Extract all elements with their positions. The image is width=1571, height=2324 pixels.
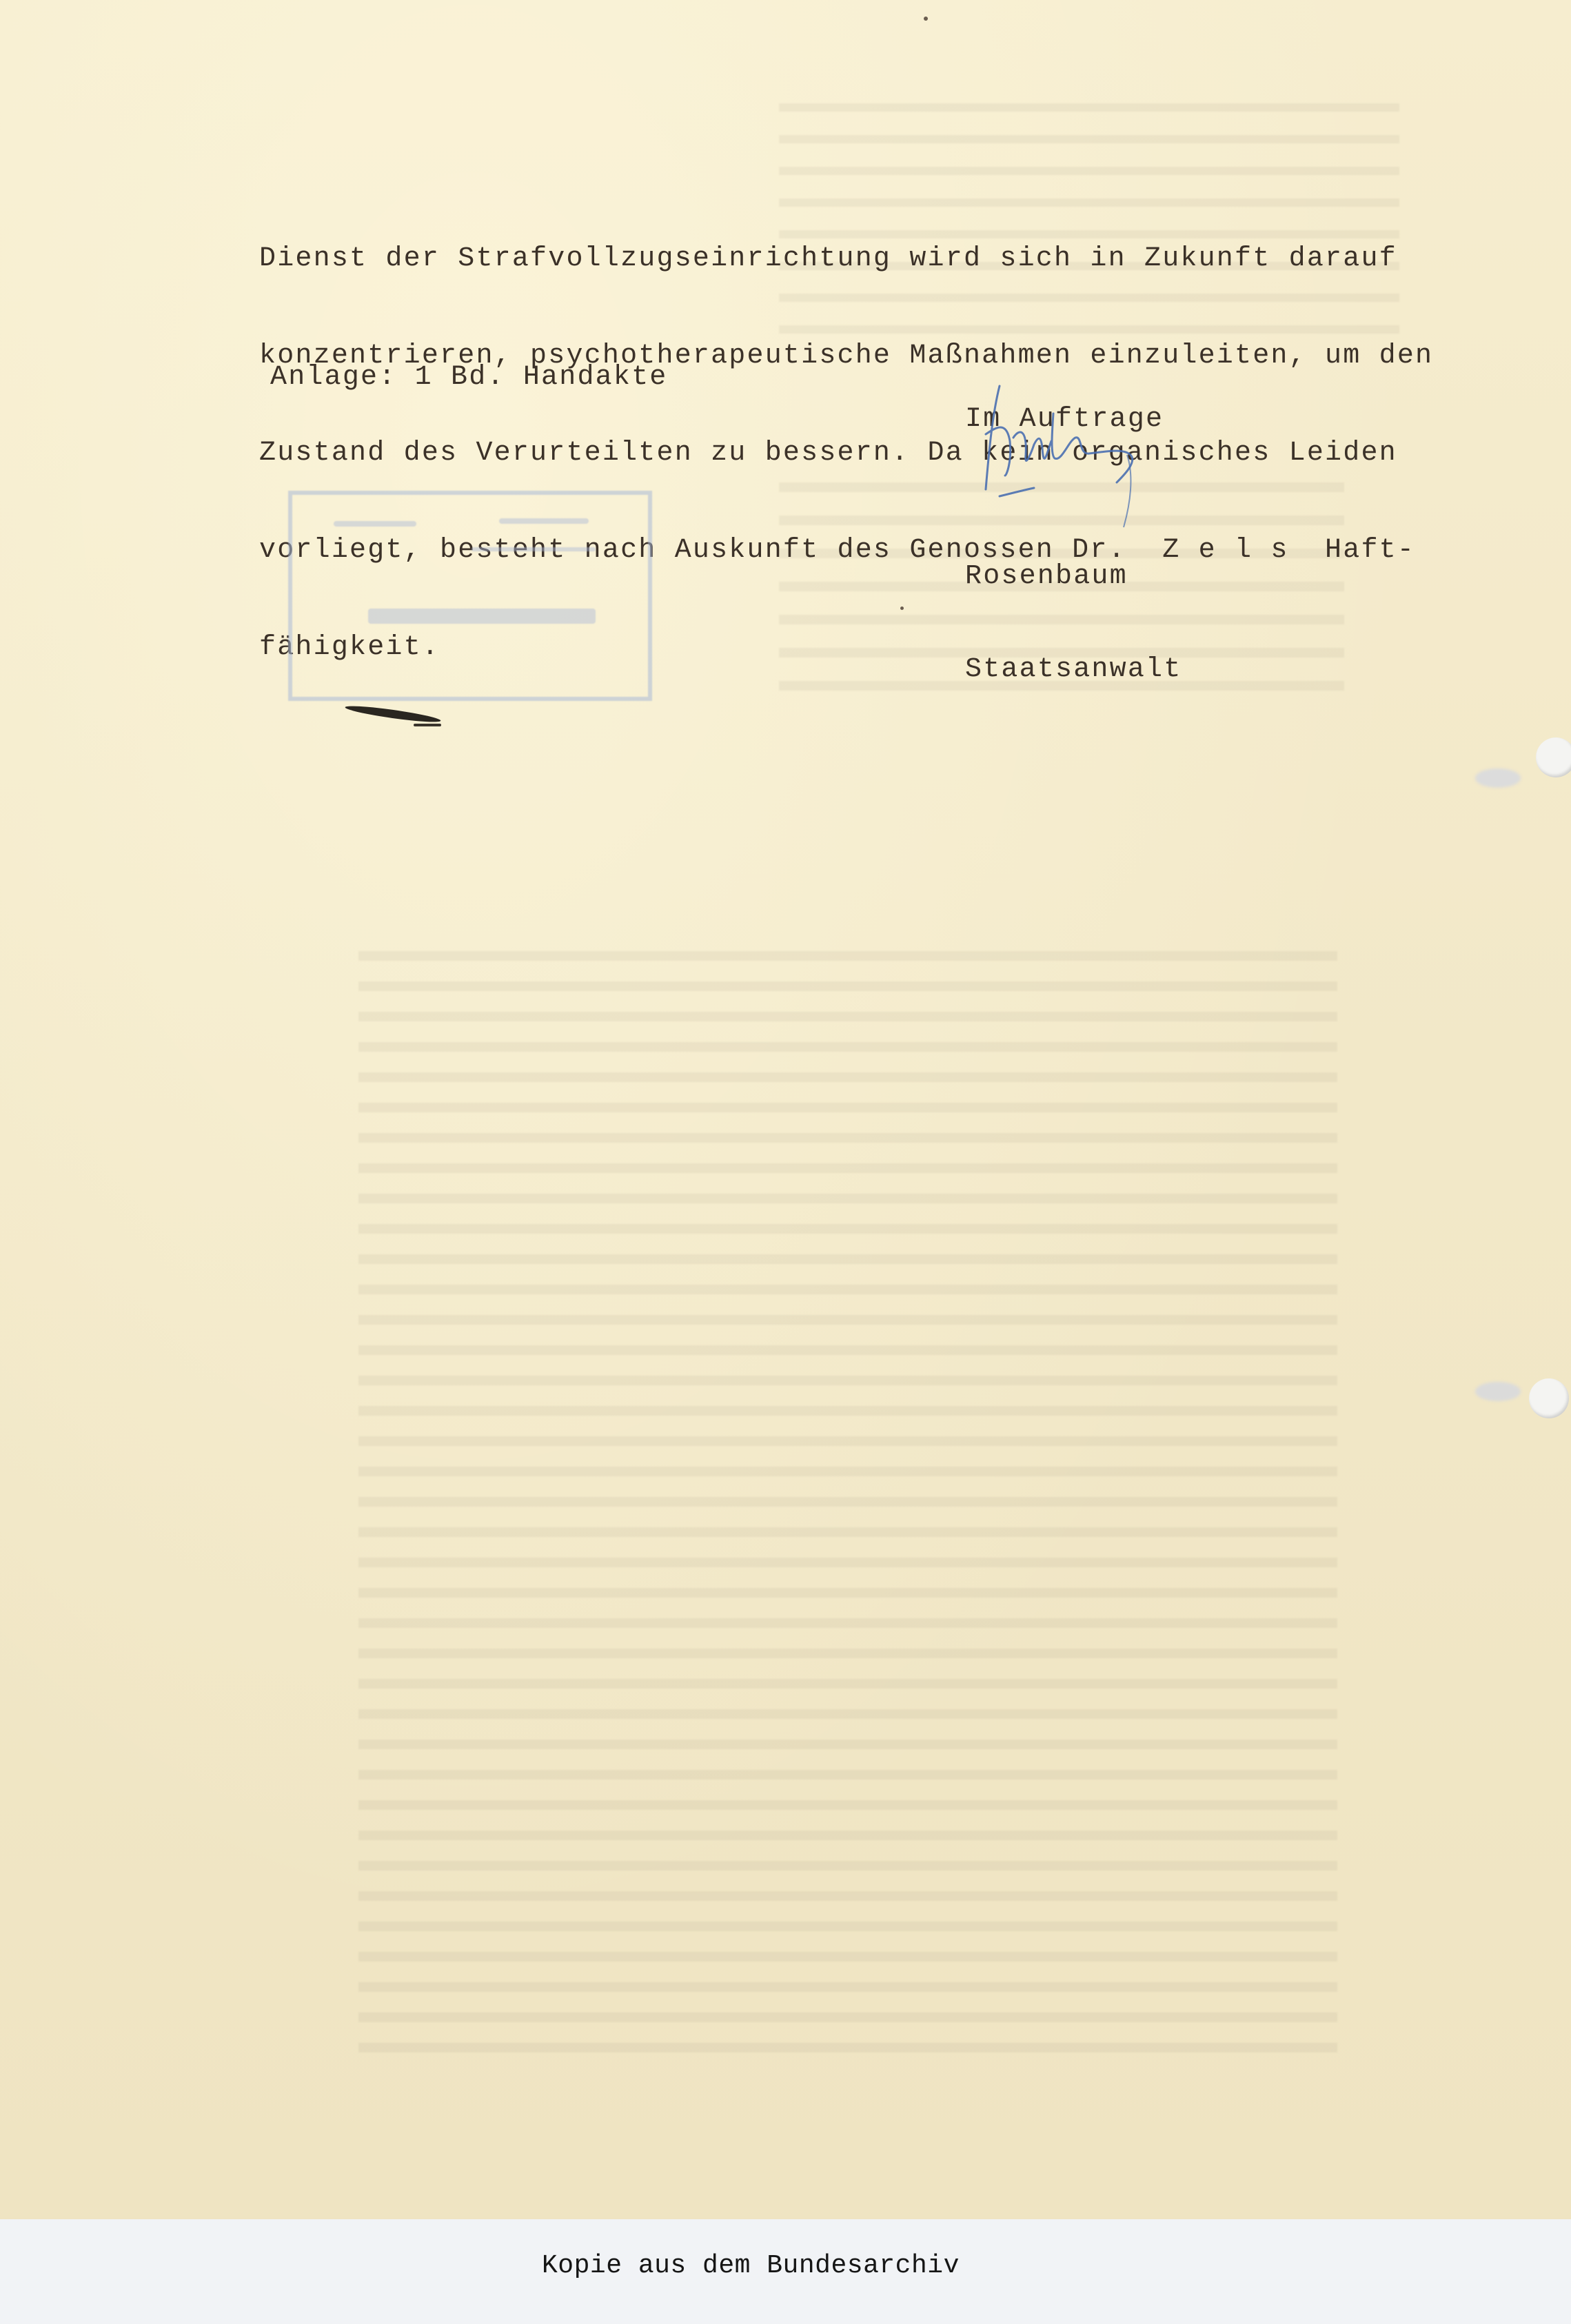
receipt-stamp [288, 491, 652, 701]
stamp-mark [472, 547, 596, 551]
ink-speck [924, 17, 928, 21]
punch-hole-shadow [1475, 768, 1521, 788]
stamp-mark [334, 521, 416, 527]
body-line: Dienst der Strafvollzugseinrichtung wird… [259, 243, 1433, 275]
enclosure-line: Anlage: 1 Bd. Handakte [270, 361, 668, 394]
punch-hole [1536, 737, 1571, 777]
punch-hole [1529, 1378, 1569, 1418]
ink-smudge [414, 724, 441, 726]
punch-hole-shadow [1475, 1382, 1521, 1401]
signatory-title: Staatsanwalt [965, 654, 1182, 685]
body-line: Zustand des Verurteilten zu bessern. Da … [259, 437, 1433, 469]
signatory-block: Rosenbaum Staatsanwalt [965, 499, 1182, 747]
stamp-date-mark [368, 609, 596, 624]
bleed-through-text [358, 951, 1337, 2054]
stamp-mark [499, 518, 589, 524]
archive-note: Kopie aus dem Bundesarchiv [542, 2251, 960, 2281]
document-page: Dienst der Strafvollzugseinrichtung wird… [0, 0, 1571, 2219]
signatory-name: Rosenbaum [965, 561, 1182, 592]
